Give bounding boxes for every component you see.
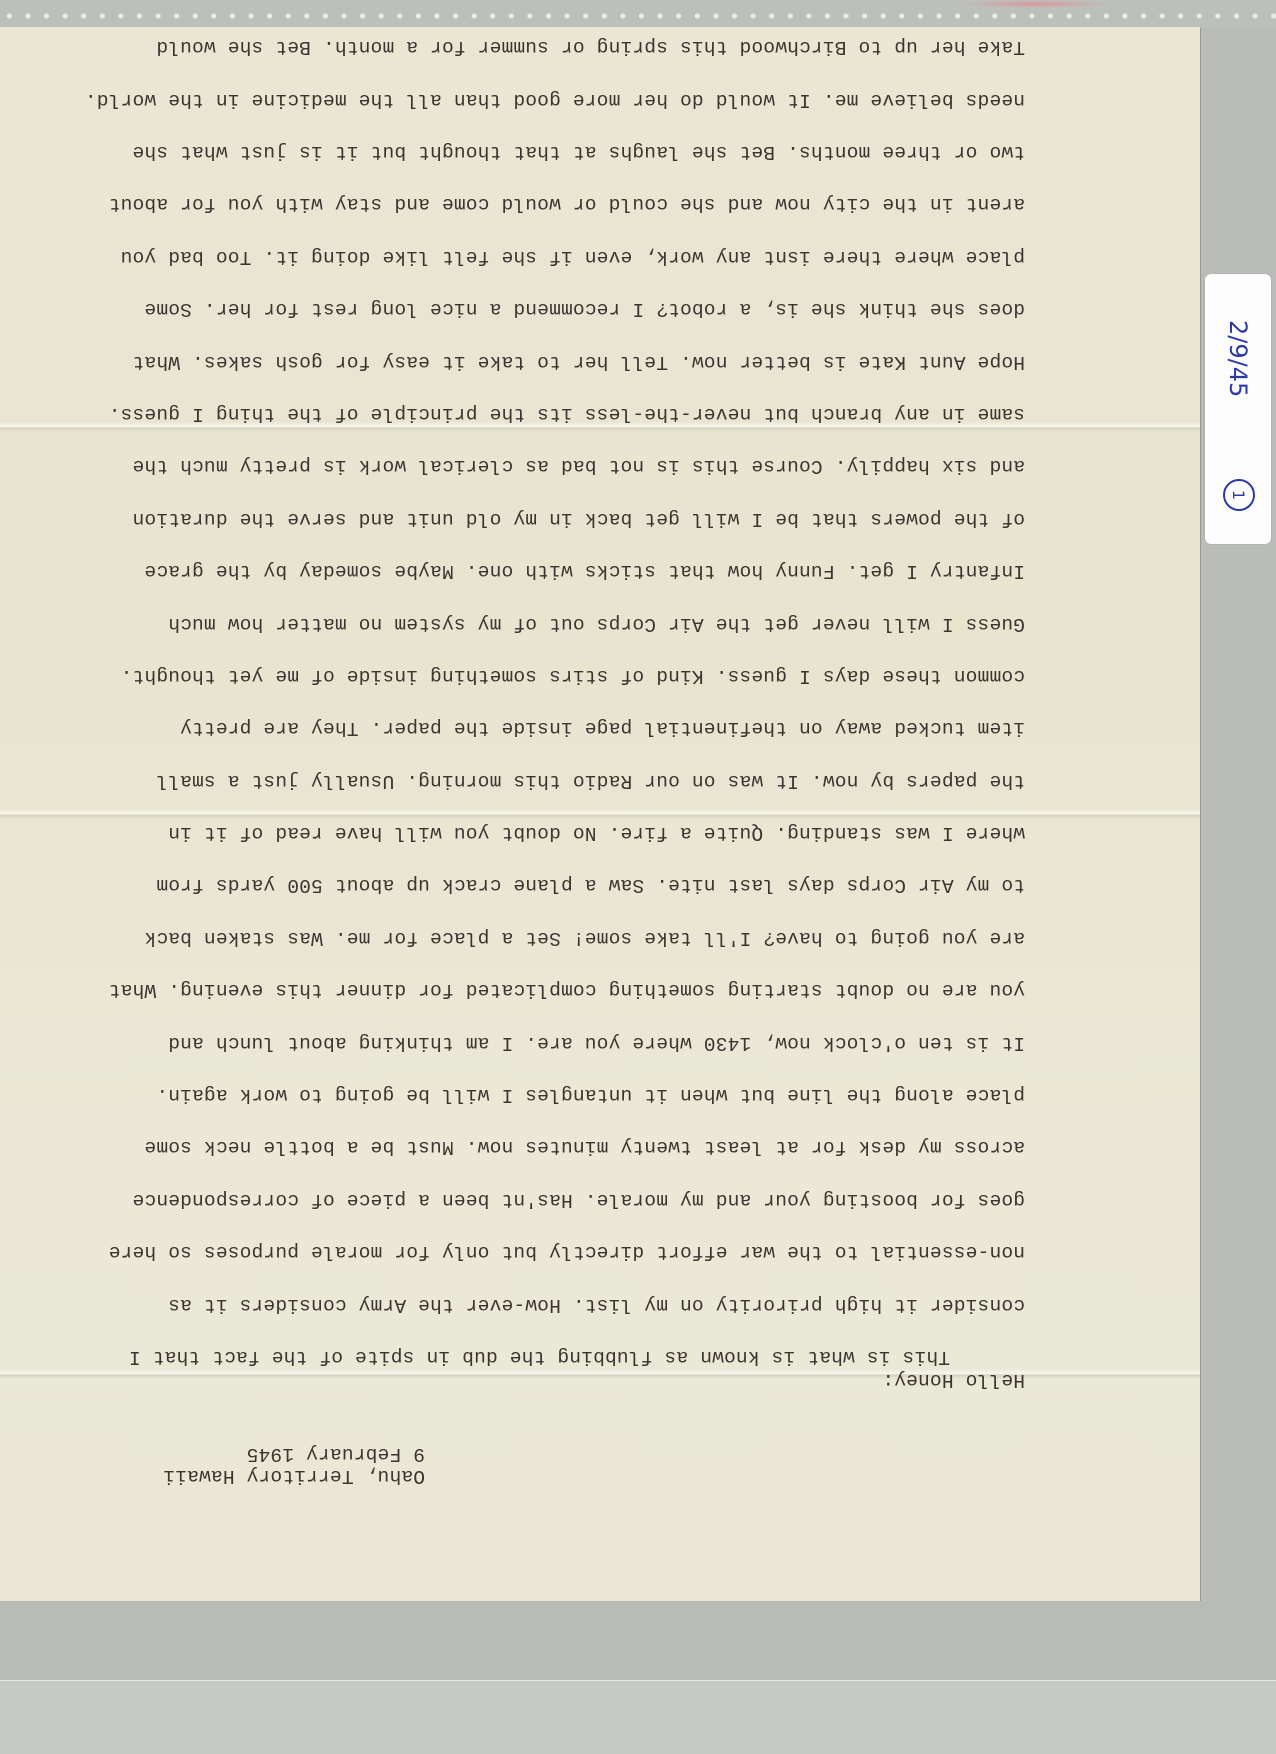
letter-heading: Oahu, Territory Hawaii 9 February 1945: [163, 1443, 425, 1487]
body-line: item tucked away on thefinential page in…: [35, 688, 1025, 740]
body-line: Guess I will never get the Air Corps out…: [35, 583, 1025, 635]
body-line: It is ten o'clock now, 1430 where you ar…: [35, 1002, 1025, 1054]
heading-date: 9 February 1945: [163, 1443, 425, 1465]
body-line: place along the line but when it untangl…: [35, 1055, 1025, 1107]
body-line: This is what is known as flubbing the du…: [35, 1317, 1025, 1369]
heading-location: Oahu, Territory Hawaii: [163, 1465, 425, 1487]
body-line: common these days I guess. Kind of stirs…: [35, 636, 1025, 688]
body-line: are you going to have? I'll take some! S…: [35, 897, 1025, 949]
archive-label: 2/9/45 1: [1205, 274, 1271, 544]
label-date: 2/9/45: [1213, 314, 1263, 404]
letter-body: This is what is known as flubbing the du…: [35, 7, 1025, 1369]
body-line: arent in the city now and she could or w…: [35, 164, 1025, 216]
body-line: you are no doubt starting something comp…: [35, 950, 1025, 1002]
body-line: does she think she is, a robot? I recomm…: [35, 269, 1025, 321]
body-line: to my Air Corps days last nite. Saw a pl…: [35, 845, 1025, 897]
scanner-sleeve-band: [0, 1680, 1276, 1754]
body-line: and six happily. Course this is not bad …: [35, 426, 1025, 478]
body-line: needs believe me. It would do her more g…: [35, 59, 1025, 111]
body-line: place where there isnt any work, even if…: [35, 216, 1025, 268]
body-line: goes for boosting your and my morale. Ha…: [35, 1159, 1025, 1211]
body-line: Infantry I get. Funny how that sticks wi…: [35, 531, 1025, 583]
body-line: where I was standing. Quite a fire. No d…: [35, 793, 1025, 845]
typed-letter: Oahu, Territory Hawaii 9 February 1945 H…: [35, 87, 1025, 1487]
body-line: across my desk for at least twenty minut…: [35, 1107, 1025, 1159]
salutation: Hello Honey:: [882, 1369, 1025, 1391]
body-line: Take her up to Birchwood this spring or …: [35, 7, 1025, 59]
body-line: non-essential to the war effort directly…: [35, 1212, 1025, 1264]
body-line: Hope Aunt Kate is better now. Tell her t…: [35, 321, 1025, 373]
body-line: of the powers that be I will get back in…: [35, 478, 1025, 530]
body-line: consider it high prirority on my list. H…: [35, 1264, 1025, 1316]
body-line: same in any branch but never-the-less it…: [35, 374, 1025, 426]
body-line: the papers by now. It was on our Radio t…: [35, 740, 1025, 792]
body-line: two or three months. Bet she laughs at t…: [35, 112, 1025, 164]
label-page-number: 1: [1223, 479, 1255, 511]
letter-paper: Oahu, Territory Hawaii 9 February 1945 H…: [0, 27, 1200, 1601]
